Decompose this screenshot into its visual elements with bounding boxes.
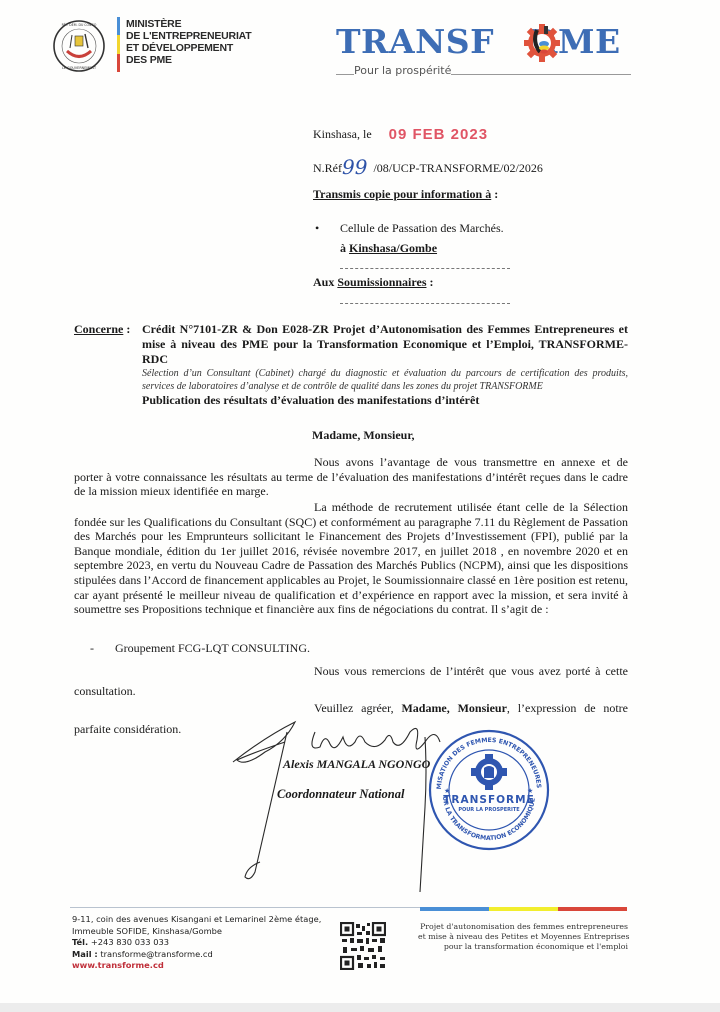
- reference-number: N.Réf99/08/UCP-TRANSFORME/02/2026: [313, 153, 543, 177]
- flag-color-bar: [117, 17, 120, 72]
- dashed-separator: [340, 268, 510, 269]
- footer-project-description: Projet d'autonomisation des femmes entre…: [418, 922, 628, 952]
- logo-text-part1: TRANSF: [336, 22, 494, 61]
- paragraph-2: La méthode de recrutement utilisée étant…: [74, 500, 628, 617]
- paragraph-3: Nous vous remercions de l’intérêt que vo…: [74, 661, 628, 701]
- subject-body: Crédit N°7101-ZR & Don E028-ZR Projet d’…: [142, 322, 628, 408]
- ministry-name: MINISTÈRE DE L'ENTREPRENEURIAT ET DÉVELO…: [126, 18, 251, 66]
- winning-bidder: Groupement FCG-LQT CONSULTING.: [115, 641, 310, 656]
- drc-seal-icon: RÉP. DÉM. DU CONGO LE GOUVERNEMENT: [52, 18, 106, 74]
- official-stamp-icon: PROJET D'AUTONOMISATION DES FEMMES ENTRE…: [427, 728, 551, 852]
- footer-address: 9-11, coin des avenues Kisangani et Lema…: [72, 914, 321, 972]
- transforme-logo: TRANSFRME: [336, 22, 636, 82]
- salutation: Madame, Monsieur,: [312, 428, 415, 443]
- date-stamp: 09 FEB 2023: [389, 126, 488, 143]
- logo-tagline: Pour la prospérité: [354, 64, 451, 77]
- dashed-separator: [340, 303, 510, 304]
- letter-page: RÉP. DÉM. DU CONGO LE GOUVERNEMENT MINIS…: [0, 0, 720, 1003]
- signatory-name: Alexis MANGALA NGONGO: [283, 757, 430, 772]
- qr-code-icon: [340, 922, 386, 970]
- svg-text:DES PME POUR LA TRANSFORMATION: DES PME POUR LA TRANSFORMATION ECONOMIQU…: [427, 728, 537, 842]
- svg-text:POUR LA PROSPERITE: POUR LA PROSPERITE: [458, 807, 520, 813]
- footer-email[interactable]: transforme@transforme.cd: [98, 949, 213, 959]
- subject-publication: Publication des résultats d’évaluation d…: [142, 393, 628, 408]
- paragraph-1: Nous avons l’avantage de vous transmettr…: [74, 455, 628, 499]
- footer-rule: [70, 907, 420, 908]
- footer-website-link[interactable]: www.transforme.cd: [72, 960, 321, 972]
- signatory-title: Coordonnateur National: [277, 787, 404, 802]
- svg-text:LE GOUVERNEMENT: LE GOUVERNEMENT: [62, 66, 97, 70]
- gear-icon: [522, 22, 562, 64]
- recipients-heading: Aux Soumissionnaires :: [313, 275, 433, 290]
- svg-text:RÉP. DÉM. DU CONGO: RÉP. DÉM. DU CONGO: [62, 22, 97, 27]
- footer-flag-bars: [420, 907, 627, 911]
- subject-description: Sélection d’un Consultant (Cabinet) char…: [142, 367, 628, 393]
- date-line: Kinshasa, le 09 FEB 2023: [313, 125, 488, 142]
- copy-heading: Transmis copie pour information à :: [313, 187, 498, 202]
- copy-location: à Kinshasa/Gombe: [340, 241, 437, 256]
- subject-title: Crédit N°7101-ZR & Don E028-ZR Projet d’…: [142, 322, 628, 367]
- copy-recipient: Cellule de Passation des Marchés.: [340, 221, 504, 236]
- svg-text:TRANSFORME: TRANSFORME: [443, 794, 535, 806]
- winner-bullet: -: [90, 641, 94, 656]
- copy-bullet: •: [315, 221, 319, 236]
- subject-label: Concerne :: [74, 322, 130, 337]
- handwritten-ref-number: 99: [342, 155, 367, 179]
